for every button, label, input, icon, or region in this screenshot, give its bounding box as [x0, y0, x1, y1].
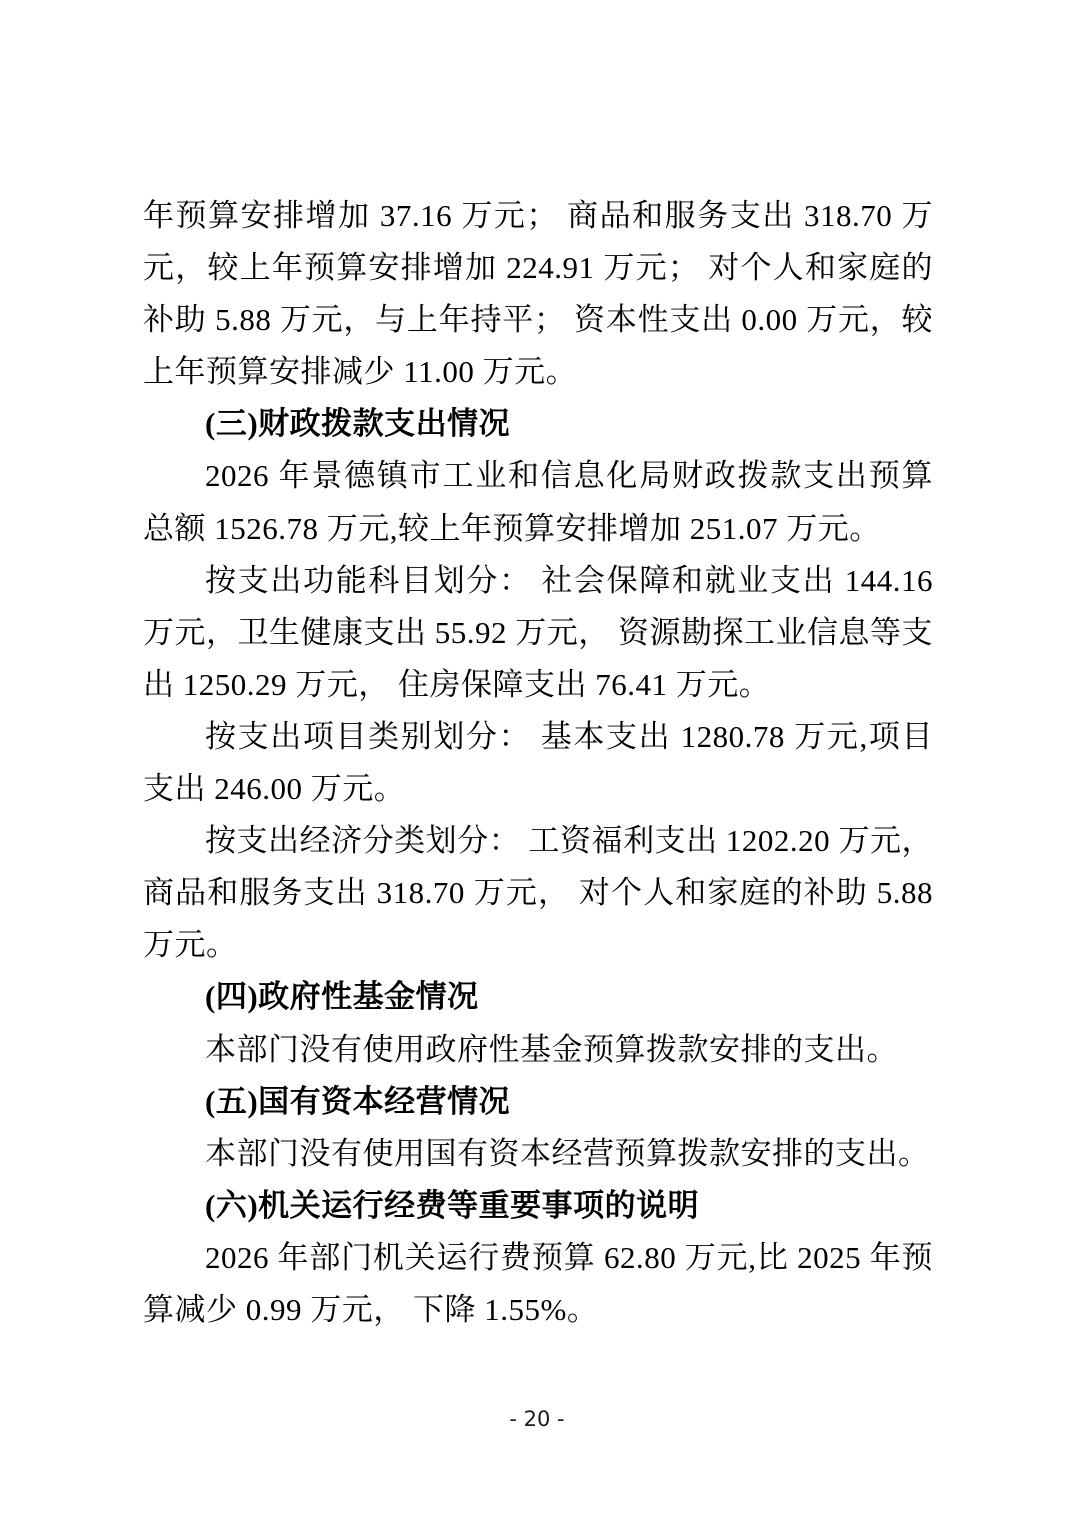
paragraph: 2026 年景德镇市工业和信息化局财政拨款支出预算总额 1526.78 万元,较…: [143, 450, 933, 554]
document-page: 年预算安排增加 37.16 万元； 商品和服务支出 318.70 万元，较上年预…: [0, 0, 1074, 1520]
paragraph: 本部门没有使用政府性基金预算拨款安排的支出。: [143, 1024, 933, 1076]
paragraph: 按支出功能科目划分： 社会保障和就业支出 144.16 万元，卫生健康支出 55…: [143, 555, 933, 711]
section-heading: (四)政府性基金情况: [143, 971, 933, 1023]
paragraph: 2026 年部门机关运行费预算 62.80 万元,比 2025 年预算减少 0.…: [143, 1232, 933, 1336]
section-heading: (六)机关运行经费等重要事项的说明: [143, 1180, 933, 1232]
section-heading: (三)财政拨款支出情况: [143, 398, 933, 450]
paragraph: 按支出经济分类划分： 工资福利支出 1202.20 万元， 商品和服务支出 31…: [143, 815, 933, 971]
paragraph: 本部门没有使用国有资本经营预算拨款安排的支出。: [143, 1128, 933, 1180]
document-body: 年预算安排增加 37.16 万元； 商品和服务支出 318.70 万元，较上年预…: [143, 190, 933, 1336]
section-heading: (五)国有资本经营情况: [143, 1076, 933, 1128]
paragraph: 年预算安排增加 37.16 万元； 商品和服务支出 318.70 万元，较上年预…: [143, 190, 933, 398]
paragraph: 按支出项目类别划分： 基本支出 1280.78 万元,项目支出 246.00 万…: [143, 711, 933, 815]
page-number: - 20 -: [0, 1404, 1074, 1434]
